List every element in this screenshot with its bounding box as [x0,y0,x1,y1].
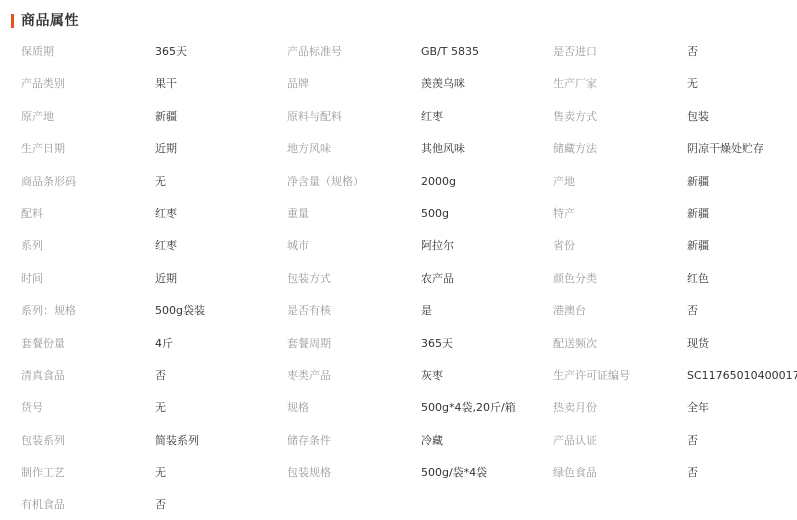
attribute-value: 红枣 [421,101,443,133]
attribute-label: 枣类产品 [287,360,331,392]
attribute-value: 包装 [687,101,709,133]
attribute-label: 货号 [21,392,43,424]
attribute-value: 新疆 [687,198,709,230]
attribute-label: 生产许可证编号 [553,360,630,392]
attribute-label: 是否有核 [287,295,331,327]
attribute-value: 否 [155,360,166,392]
attribute-value: 否 [687,425,698,457]
attribute-value: 全年 [687,392,709,424]
attribute-label: 生产厂家 [553,68,597,100]
attribute-value: SC11765010400017 [687,360,797,392]
attribute-label: 地方风味 [287,133,331,165]
attribute-value: 灰枣 [421,360,443,392]
attribute-label: 规格 [287,392,309,424]
accent-bar [11,14,14,28]
attribute-label: 系列 [21,230,43,262]
attribute-value: 现货 [687,328,709,360]
attribute-value: 果干 [155,68,177,100]
attribute-label: 配送频次 [553,328,597,360]
attribute-label: 原产地 [21,101,54,133]
attribute-grid: 保质期365天产品标准号GB/T 5835是否进口否产品类别果干品牌羡羡乌咪生产… [0,36,797,520]
attribute-value: GB/T 5835 [421,36,479,68]
attribute-label: 城市 [287,230,309,262]
attribute-row: 生产日期近期地方风味其他风味储藏方法阴凉干燥处贮存 [0,133,797,165]
attribute-label: 套餐周期 [287,328,331,360]
attribute-value: 365天 [421,328,453,360]
attribute-row: 商品条形码无净含量（规格）2000g产地新疆 [0,166,797,198]
attribute-value: 无 [155,392,166,424]
attribute-label: 售卖方式 [553,101,597,133]
attribute-label: 套餐份量 [21,328,65,360]
attribute-value: 羡羡乌咪 [421,68,465,100]
attribute-value: 500g [421,198,449,230]
attribute-label: 储藏方法 [553,133,597,165]
attribute-row: 套餐份量4斤套餐周期365天配送频次现货 [0,328,797,360]
attribute-label: 清真食品 [21,360,65,392]
attribute-value: 是 [421,295,432,327]
attribute-label: 颜色分类 [553,263,597,295]
attribute-value: 近期 [155,133,177,165]
attribute-row: 产品类别果干品牌羡羡乌咪生产厂家无 [0,68,797,100]
attribute-value: 无 [155,457,166,489]
attribute-value: 其他风味 [421,133,465,165]
attribute-label: 重量 [287,198,309,230]
attribute-label: 生产日期 [21,133,65,165]
attribute-label: 储存条件 [287,425,331,457]
attribute-value: 红枣 [155,198,177,230]
attribute-row: 系列红枣城市阿拉尔省份新疆 [0,230,797,262]
attribute-label: 产品标准号 [287,36,342,68]
attribute-row: 制作工艺无包装规格500g/袋*4袋绿色食品否 [0,457,797,489]
attribute-value: 简装系列 [155,425,199,457]
attribute-value: 否 [155,489,166,520]
attribute-value: 否 [687,457,698,489]
attribute-label: 商品条形码 [21,166,76,198]
attribute-value: 否 [687,295,698,327]
attribute-label: 港澳台 [553,295,586,327]
section-title: 商品属性 [21,10,79,32]
attribute-label: 包装规格 [287,457,331,489]
attribute-label: 时间 [21,263,43,295]
attribute-label: 产地 [553,166,575,198]
attribute-row: 有机食品否 [0,489,797,520]
attribute-value: 4斤 [155,328,173,360]
attribute-value: 红色 [687,263,709,295]
attribute-label: 配料 [21,198,43,230]
attribute-row: 原产地新疆原料与配料红枣售卖方式包装 [0,101,797,133]
attribute-value: 阴凉干燥处贮存 [687,133,764,165]
attribute-row: 时间近期包装方式农产品颜色分类红色 [0,263,797,295]
attribute-label: 净含量（规格） [287,166,364,198]
attribute-label: 制作工艺 [21,457,65,489]
attribute-label: 产品认证 [553,425,597,457]
attribute-value: 500g*4袋,20斤/箱 [421,392,516,424]
attribute-label: 原料与配料 [287,101,342,133]
attribute-row: 清真食品否枣类产品灰枣生产许可证编号SC11765010400017 [0,360,797,392]
attribute-value: 农产品 [421,263,454,295]
attribute-value: 500g/袋*4袋 [421,457,487,489]
attribute-label: 系列：规格 [21,295,76,327]
attribute-value: 新疆 [687,166,709,198]
attribute-row: 配料红枣重量500g特产新疆 [0,198,797,230]
attribute-label: 省份 [553,230,575,262]
attribute-label: 品牌 [287,68,309,100]
attribute-row: 系列：规格500g袋装是否有核是港澳台否 [0,295,797,327]
attribute-label: 保质期 [21,36,54,68]
attribute-label: 热卖月份 [553,392,597,424]
section-header: 商品属性 [0,8,797,32]
attribute-value: 冷藏 [421,425,443,457]
attribute-value: 阿拉尔 [421,230,454,262]
attribute-value: 2000g [421,166,456,198]
attribute-value: 红枣 [155,230,177,262]
attribute-value: 近期 [155,263,177,295]
attribute-label: 有机食品 [21,489,65,520]
attribute-label: 绿色食品 [553,457,597,489]
attribute-label: 包装系列 [21,425,65,457]
attribute-value: 无 [155,166,166,198]
attribute-value: 无 [687,68,698,100]
attribute-row: 保质期365天产品标准号GB/T 5835是否进口否 [0,36,797,68]
attribute-label: 是否进口 [553,36,597,68]
attribute-label: 特产 [553,198,575,230]
attribute-label: 产品类别 [21,68,65,100]
attribute-value: 新疆 [687,230,709,262]
attribute-value: 500g袋装 [155,295,205,327]
attribute-row: 包装系列简装系列储存条件冷藏产品认证否 [0,425,797,457]
attribute-value: 新疆 [155,101,177,133]
attribute-row: 货号无规格500g*4袋,20斤/箱热卖月份全年 [0,392,797,424]
attribute-value: 365天 [155,36,187,68]
attribute-label: 包装方式 [287,263,331,295]
attribute-value: 否 [687,36,698,68]
